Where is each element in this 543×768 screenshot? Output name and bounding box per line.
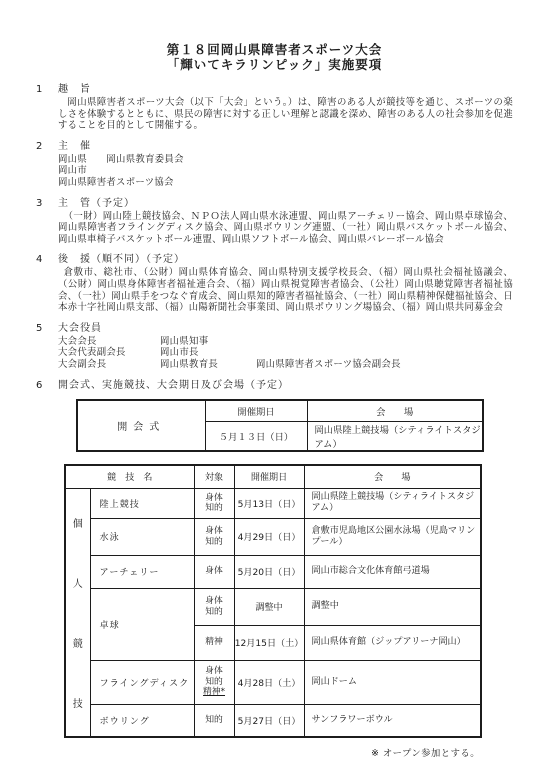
officer-role: 大会代表副会長 <box>58 347 160 359</box>
section-number: 6 <box>36 380 58 392</box>
opening-table-header-row: 開会式 開催期日 会 場 <box>77 400 483 422</box>
event-venue: サンフラワーボウル <box>304 704 481 737</box>
page-title: 第１８回岡山県障害者スポーツ大会 「輝いてキラリンピック」実施要項 <box>36 42 513 72</box>
event-name: 卓球 <box>90 588 194 660</box>
event-name: フライングディスク <box>90 660 194 704</box>
host-item: 岡山県障害者スポーツ協会 <box>58 177 513 189</box>
hosts-list: 岡山県 岡山県教育委員会 岡山市 岡山県障害者スポーツ協会 <box>58 154 513 189</box>
officer-row: 大会代表副会長 岡山市長 <box>58 347 513 359</box>
purpose-body: 岡山県障害者スポーツ大会（以下「大会」という。）は、障害のある人が競技等を通じ、… <box>58 97 513 132</box>
table-row-athletics: 個 人 競 技 陸上競技 身体 知的 5月13日（日） 岡山県陸上競技場（シティ… <box>65 488 481 518</box>
officer-name: 岡山県知事 <box>160 336 256 348</box>
open-participation-note: ※ オープン参加とする。 <box>36 745 480 759</box>
event-target: 身体 知的 <box>194 488 234 518</box>
officer-name: 岡山市長 <box>160 347 256 359</box>
target-line: 知的 <box>195 503 234 514</box>
section-schedule-heading: 6 開会式、実施競技、大会期日及び会場（予定） <box>36 380 513 392</box>
section-hosts: 2 主 催 岡山県 岡山県教育委員会 岡山市 岡山県障害者スポーツ協会 <box>36 141 513 189</box>
event-target: 身体 知的 <box>194 518 234 555</box>
section-heading-text: 主 催 <box>58 141 91 153</box>
section-support-heading: 4 後 援（順不同）（予定） <box>36 254 513 266</box>
section-number: 2 <box>36 141 58 153</box>
title-line2: 「輝いてキラリンピック」実施要項 <box>36 57 513 72</box>
officer-row: 大会副会長 岡山県教育長 岡山県障害者スポーツ協会副会長 <box>58 359 513 371</box>
section-purpose: 1 趣 旨 岡山県障害者スポーツ大会（以下「大会」という。）は、障害のある人が競… <box>36 84 513 132</box>
management-body: （一財）岡山陸上競技協会、ＮＰＯ法人岡山県水泳連盟、岡山県アーチェリー協会、岡山… <box>58 211 513 246</box>
section-heading-text: 趣 旨 <box>58 84 91 96</box>
section-support: 4 後 援（順不同）（予定） 倉敷市、総社市、（公財）岡山県体育協会、岡山県特別… <box>36 254 513 313</box>
events-header-venue: 会 場 <box>304 465 481 489</box>
section-number: 3 <box>36 198 58 210</box>
opening-venue: 岡山県陸上競技場（シティライトスタジアム） <box>307 421 483 451</box>
event-name: 水泳 <box>90 518 194 555</box>
section-management: 3 主 管（予定） （一財）岡山陸上競技協会、ＮＰＯ法人岡山県水泳連盟、岡山県ア… <box>36 198 513 246</box>
group-char: 競 <box>66 635 90 650</box>
host-item: 岡山市 <box>58 165 513 177</box>
table-row-tabletennis-1: 卓球 身体 知的 調整中 調整中 <box>65 588 481 625</box>
group-char: 個 <box>66 515 90 530</box>
group-label-individual: 個 人 競 技 <box>65 488 90 737</box>
officer-row: 大会会長 岡山県知事 <box>58 336 513 348</box>
event-date: 5月20日（日） <box>234 555 304 588</box>
section-management-heading: 3 主 管（予定） <box>36 198 513 210</box>
section-heading-text: 開会式、実施競技、大会期日及び会場（予定） <box>58 380 289 392</box>
target-line: 身体 <box>195 493 234 504</box>
table-row-bowling: ボウリング 知的 5月27日（日） サンフラワーボウル <box>65 704 481 737</box>
events-header-target: 対象 <box>194 465 234 489</box>
section-heading-text: 後 援（順不同）（予定） <box>58 254 185 266</box>
section-purpose-heading: 1 趣 旨 <box>36 84 513 96</box>
event-target: 身体 <box>194 555 234 588</box>
section-heading-text: 主 管（予定） <box>58 198 135 210</box>
target-line: 身体 <box>195 596 234 607</box>
event-date: 12月15日（土） <box>234 625 304 660</box>
event-name: 陸上競技 <box>90 488 194 518</box>
target-line: 知的 <box>195 607 234 618</box>
host-item: 岡山県 岡山県教育委員会 <box>58 154 513 166</box>
table-row-swimming: 水泳 身体 知的 4月29日（日） 倉敷市児島地区公園水泳場（児島マリンプール） <box>65 518 481 555</box>
event-date: 4月28日（土） <box>234 660 304 704</box>
section-schedule: 6 開会式、実施競技、大会期日及び会場（予定） <box>36 380 513 392</box>
event-target: 知的 <box>194 704 234 737</box>
event-venue: 岡山ドーム <box>304 660 481 704</box>
section-officers: 5 大会役員 大会会長 岡山県知事 大会代表副会長 岡山市長 大会副会長 岡山県… <box>36 323 513 371</box>
opening-ceremony-label: 開会式 <box>77 400 205 451</box>
support-body: 倉敷市、総社市、（公財）岡山県体育協会、岡山県特別支援学校長会、（福）岡山県社会… <box>58 267 513 313</box>
officer-role: 大会会長 <box>58 336 160 348</box>
events-header-date: 開催期日 <box>234 465 304 489</box>
event-date: 調整中 <box>234 588 304 625</box>
events-header-name: 競 技 名 <box>65 465 194 489</box>
event-name: ボウリング <box>90 704 194 737</box>
opening-date: ５月１３日（日） <box>205 421 307 451</box>
section-heading-text: 大会役員 <box>58 323 102 335</box>
officers-list: 大会会長 岡山県知事 大会代表副会長 岡山市長 大会副会長 岡山県教育長 岡山県… <box>58 336 513 371</box>
target-line: 身体 <box>195 666 234 677</box>
target-line: 知的 <box>195 537 234 548</box>
officer-extra: 岡山県障害者スポーツ協会副会長 <box>256 359 401 371</box>
event-target: 身体 知的 <box>194 588 234 625</box>
target-line-marked: 精神* <box>195 687 234 698</box>
group-char: 技 <box>66 695 90 710</box>
event-venue: 岡山市総合文化体育館弓道場 <box>304 555 481 588</box>
events-header-row: 競 技 名 対象 開催期日 会 場 <box>65 465 481 489</box>
section-number: 1 <box>36 84 58 96</box>
target-line: 知的 <box>195 677 234 688</box>
section-hosts-heading: 2 主 催 <box>36 141 513 153</box>
event-target: 精神 <box>194 625 234 660</box>
events-table: 競 技 名 対象 開催期日 会 場 個 人 競 技 陸上競技 身体 知的 5月1… <box>64 464 482 739</box>
group-label-chars: 個 人 競 技 <box>66 492 90 732</box>
event-venue: 調整中 <box>304 588 481 625</box>
section-officers-heading: 5 大会役員 <box>36 323 513 335</box>
section-number: 4 <box>36 254 58 266</box>
event-date: 5月27日（日） <box>234 704 304 737</box>
title-line1: 第１８回岡山県障害者スポーツ大会 <box>36 42 513 57</box>
event-date: 5月13日（日） <box>234 488 304 518</box>
event-venue: 倉敷市児島地区公園水泳場（児島マリンプール） <box>304 518 481 555</box>
table-row-flyingdisc: フライングディスク 身体 知的 精神* 4月28日（土） 岡山ドーム <box>65 660 481 704</box>
event-venue: 岡山県体育館（ジップアリーナ岡山） <box>304 625 481 660</box>
opening-ceremony-table: 開会式 開催期日 会 場 ５月１３日（日） 岡山県陸上競技場（シティライトスタジ… <box>76 399 484 452</box>
opening-header-venue: 会 場 <box>307 400 483 422</box>
event-target: 身体 知的 精神* <box>194 660 234 704</box>
opening-header-date: 開催期日 <box>205 400 307 422</box>
document-page: 第１８回岡山県障害者スポーツ大会 「輝いてキラリンピック」実施要項 1 趣 旨 … <box>0 0 543 759</box>
event-name: アーチェリー <box>90 555 194 588</box>
event-date: 4月29日（日） <box>234 518 304 555</box>
group-char: 人 <box>66 575 90 590</box>
officer-role: 大会副会長 <box>58 359 160 371</box>
event-venue: 岡山県陸上競技場（シティライトスタジアム） <box>304 488 481 518</box>
table-row-archery: アーチェリー 身体 5月20日（日） 岡山市総合文化体育館弓道場 <box>65 555 481 588</box>
target-line: 身体 <box>195 526 234 537</box>
officer-name: 岡山県教育長 <box>160 359 256 371</box>
section-number: 5 <box>36 323 58 335</box>
